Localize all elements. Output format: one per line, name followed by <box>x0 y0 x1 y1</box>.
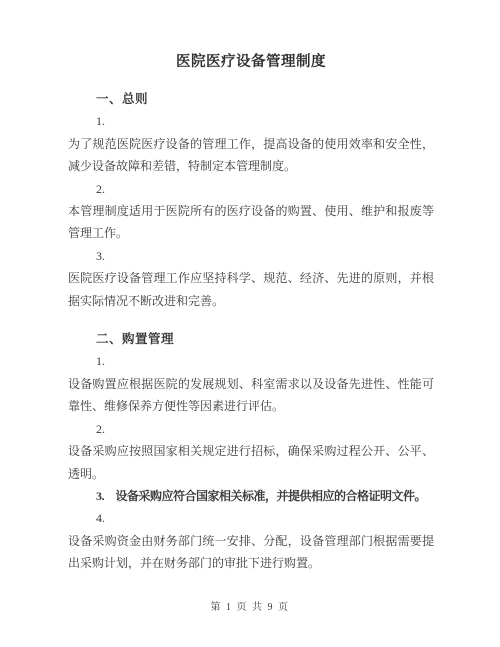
section-heading: 二、购置管理 <box>68 328 434 350</box>
bold-clause: 3. 设备采购应符合国家相关标准，并提供相应的合格证明文件。 <box>68 485 434 507</box>
document-body: 一、总则1.为了规范医院医疗设备的管理工作，提高设备的使用效率和安全性，减少设备… <box>68 88 434 575</box>
paragraph: 为了规范医院医疗设备的管理工作，提高设备的使用效率和安全性，减少设备故障和差错，… <box>68 133 434 178</box>
paragraph: 设备购置应根据医院的发展规划、科室需求以及设备先进性、性能可靠性、维修保养方便性… <box>68 373 434 418</box>
item-number: 2. <box>68 418 434 440</box>
document-content: 医院医疗设备管理制度 一、总则1.为了规范医院医疗设备的管理工作，提高设备的使用… <box>68 52 434 575</box>
paragraph: 本管理制度适用于医院所有的医疗设备的购置、使用、维护和报废等管理工作。 <box>68 200 434 245</box>
section-heading: 一、总则 <box>68 88 434 110</box>
page-footer: 第 1 页 共 9 页 <box>0 601 500 615</box>
item-number: 1. <box>68 350 434 372</box>
paragraph: 设备采购应按照国家相关规定进行招标，确保采购过程公开、公平、透明。 <box>68 440 434 485</box>
item-number: 1. <box>68 110 434 132</box>
paragraph: 医院医疗设备管理工作应坚持科学、规范、经济、先进的原则，并根据实际情况不断改进和… <box>68 267 434 312</box>
document-page: 医院医疗设备管理制度 一、总则1.为了规范医院医疗设备的管理工作，提高设备的使用… <box>0 0 500 647</box>
document-title: 医院医疗设备管理制度 <box>68 52 434 72</box>
item-number: 4. <box>68 507 434 529</box>
paragraph: 设备采购资金由财务部门统一安排、分配，设备管理部门根据需要提出采购计划，并在财务… <box>68 530 434 575</box>
item-number: 2. <box>68 178 434 200</box>
item-number: 3. <box>68 245 434 267</box>
